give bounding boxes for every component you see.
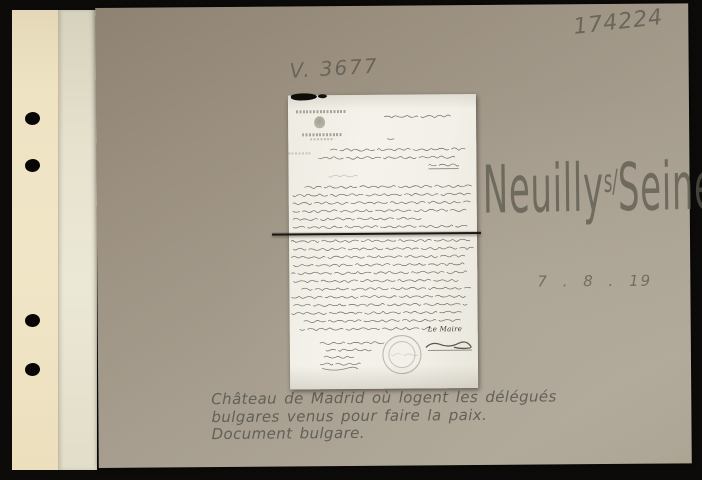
punch-hole bbox=[24, 111, 41, 126]
binder-strip-outer bbox=[12, 10, 59, 470]
place-title-part2: Seine bbox=[617, 148, 702, 226]
caption-annotation: Château de Madrid où logent les délégués… bbox=[211, 388, 557, 443]
caption-line-1: Château de Madrid où logent les délégués bbox=[211, 388, 557, 408]
archive-number-annotation: 174224 bbox=[572, 5, 664, 40]
letter-photograph: Le Maire bbox=[288, 94, 478, 389]
place-title-annotation: Neuillys/Seine bbox=[482, 148, 702, 229]
caption-line-3: Document bulgare. bbox=[211, 423, 557, 443]
mayor-signature-title: Le Maire bbox=[428, 325, 463, 333]
place-title-sur-abbreviation: s/ bbox=[604, 163, 618, 200]
punch-hole bbox=[24, 313, 41, 328]
archive-card: V. 3677 174224 Neuillys/Seine 7 . 8 . 19… bbox=[95, 3, 692, 468]
letter-script-lines bbox=[288, 94, 478, 389]
collection-ref-annotation: V. 3677 bbox=[289, 53, 379, 82]
punch-hole bbox=[24, 362, 41, 377]
place-title-part1: Neuilly bbox=[482, 150, 604, 229]
scanned-archive-page: V. 3677 174224 Neuillys/Seine 7 . 8 . 19… bbox=[0, 0, 702, 480]
binder-strip-inner bbox=[59, 10, 97, 470]
date-annotation: 7 . 8 . 19 bbox=[537, 272, 652, 291]
punch-hole bbox=[24, 158, 41, 173]
